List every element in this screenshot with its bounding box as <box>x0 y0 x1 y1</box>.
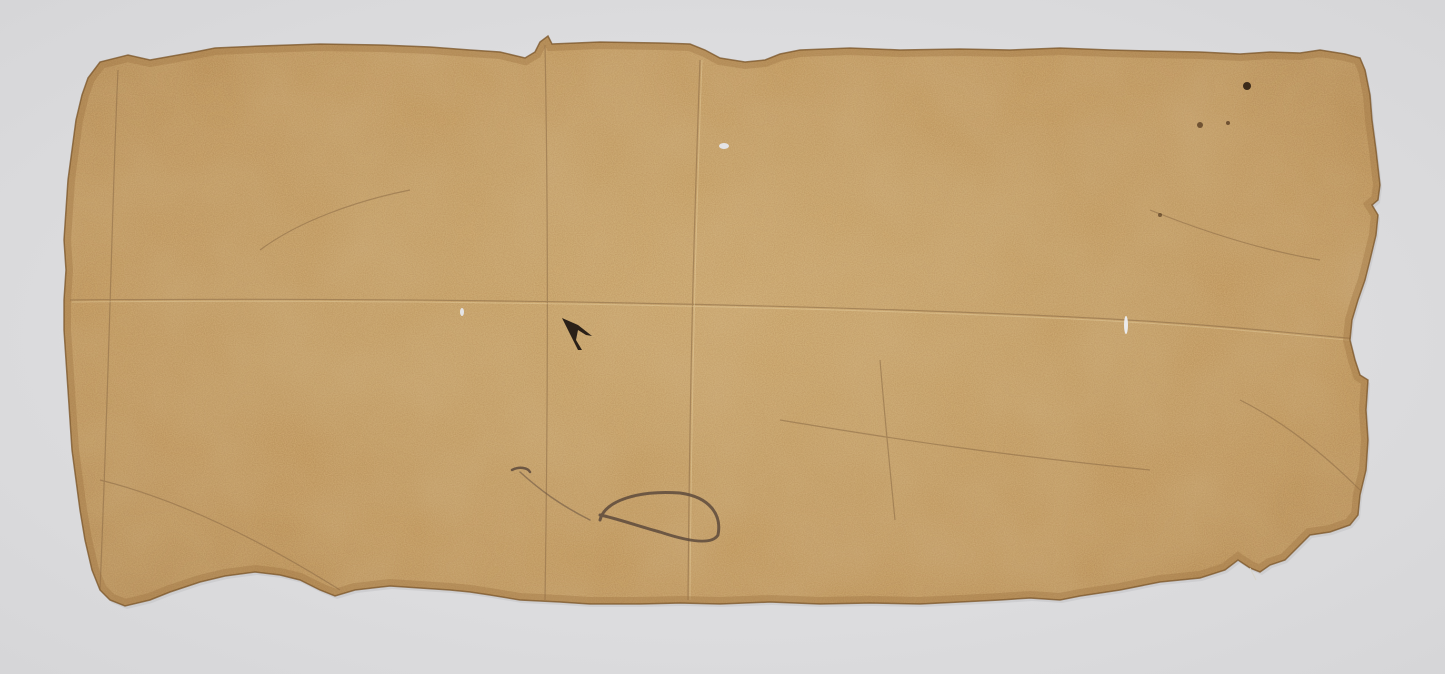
paper-body <box>0 0 1445 674</box>
photo-scene: aged paper banknote (reverse side) <box>0 0 1445 674</box>
small-hole <box>719 143 729 149</box>
dark-spot <box>1243 82 1251 90</box>
banknote <box>0 0 1445 674</box>
small-hole <box>460 308 464 316</box>
small-hole <box>1124 316 1128 334</box>
